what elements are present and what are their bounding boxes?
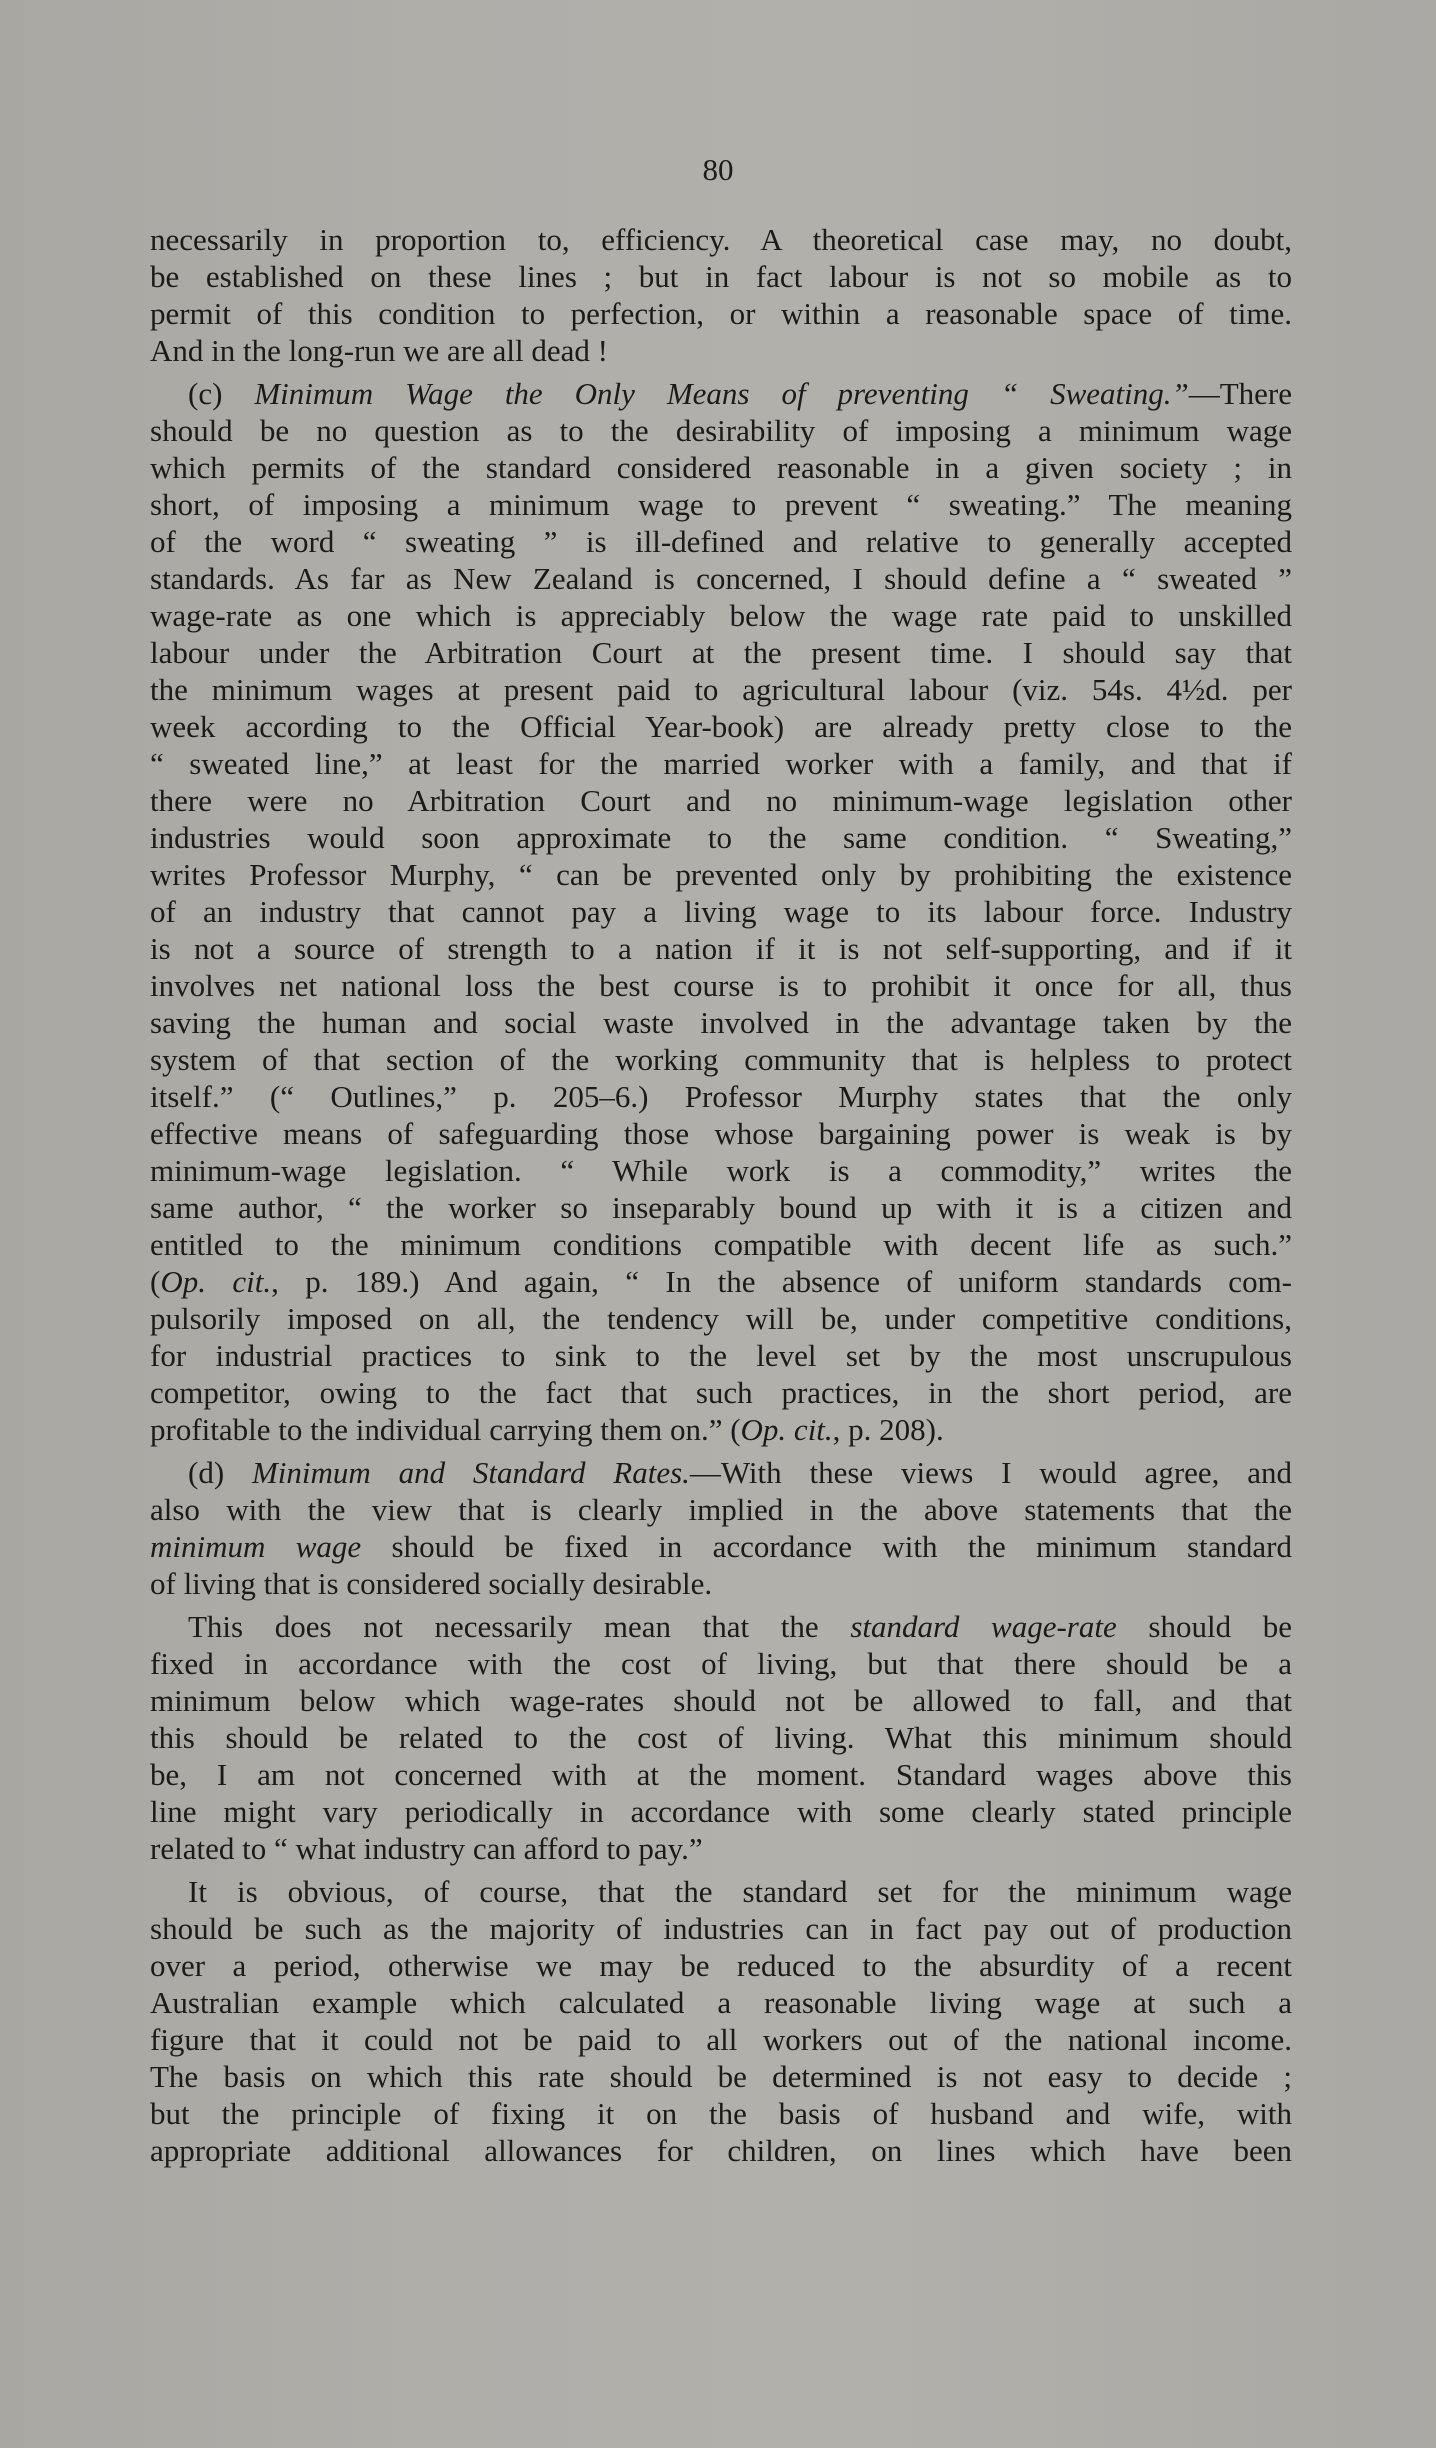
text-line: should be such as the majority of indust… (150, 1911, 1292, 1947)
text-line: line might vary periodically in accordan… (150, 1794, 1292, 1830)
text-line: profitable to the individual carrying th… (150, 1412, 1292, 1448)
text-line: same author, “ the worker so inseparably… (150, 1190, 1292, 1226)
line-prefix: (d) (188, 1455, 252, 1490)
line-text: should be (1117, 1609, 1292, 1644)
text-line: related to “ what industry can afford to… (150, 1831, 1292, 1867)
line-text: necessarily in proportion to, efficiency… (150, 222, 1292, 257)
line-prefix: This does not necessarily mean that the (188, 1609, 850, 1644)
line-text: entitled to the minimum conditions compa… (150, 1227, 1292, 1262)
text-line: “ sweated line,” at least for the marrie… (150, 746, 1292, 782)
text-line: figure that it could not be paid to all … (150, 2022, 1292, 2058)
text-line: industries would soon approximate to the… (150, 820, 1292, 856)
line-text: pulsorily imposed on all, the tendency w… (150, 1301, 1292, 1336)
text-line: the minimum wages at present paid to agr… (150, 672, 1292, 708)
text-line: saving the human and social waste involv… (150, 1005, 1292, 1041)
line-text: effective means of safeguarding those wh… (150, 1116, 1292, 1151)
line-text: line might vary periodically in accordan… (150, 1794, 1292, 1829)
line-text: short, of imposing a minimum wage to pre… (150, 487, 1292, 522)
line-text: —There (1189, 376, 1292, 411)
text-line: entitled to the minimum conditions compa… (150, 1227, 1292, 1263)
text-line: And in the long-run we are all dead ! (150, 333, 1292, 369)
line-text: figure that it could not be paid to all … (150, 2022, 1292, 2057)
line-text: saving the human and social waste involv… (150, 1005, 1292, 1040)
line-text: related to “ what industry can afford to… (150, 1831, 703, 1866)
line-text: involves net national loss the best cour… (150, 968, 1292, 1003)
line-prefix: ( (150, 1264, 160, 1299)
line-text: be established on these lines ; but in f… (150, 259, 1292, 294)
line-text: for industrial practices to sink to the … (150, 1338, 1292, 1373)
line-text: appropriate additional allowances for ch… (150, 2133, 1292, 2168)
text-line: Australian example which calculated a re… (150, 1985, 1292, 2021)
text-line: permit of this condition to perfection, … (150, 296, 1292, 332)
line-text: minimum below which wage-rates should no… (150, 1683, 1292, 1718)
text-line: also with the view that is clearly impli… (150, 1492, 1292, 1528)
line-text: itself.” (“ Outlines,” p. 205–6.) Profes… (150, 1079, 1292, 1114)
text-line: short, of imposing a minimum wage to pre… (150, 487, 1292, 523)
italic-heading: minimum wage (150, 1529, 361, 1564)
italic-heading: Minimum and Standard Rates. (252, 1455, 690, 1490)
text-line: of the word “ sweating ” is ill-defined … (150, 524, 1292, 560)
text-line: should be no question as to the desirabi… (150, 413, 1292, 449)
italic-heading: Minimum Wage the Only Means of preventin… (254, 376, 1188, 411)
line-text: should be fixed in accordance with the m… (361, 1529, 1292, 1564)
line-text: also with the view that is clearly impli… (150, 1492, 1292, 1527)
line-text: should be no question as to the desirabi… (150, 413, 1292, 448)
text-line: system of that section of the working co… (150, 1042, 1292, 1078)
italic-heading: standard wage-rate (850, 1609, 1116, 1644)
line-text: minimum-wage legislation. “ While work i… (150, 1153, 1292, 1188)
text-line: involves net national loss the best cour… (150, 968, 1292, 1004)
line-text: the minimum wages at present paid to agr… (150, 672, 1292, 707)
text-line: necessarily in proportion to, efficiency… (150, 222, 1292, 258)
text-line: fixed in accordance with the cost of liv… (150, 1646, 1292, 1682)
text-line: itself.” (“ Outlines,” p. 205–6.) Profes… (150, 1079, 1292, 1115)
line-text: week according to the Official Year-book… (150, 709, 1292, 744)
text-line: but the principle of fixing it on the ba… (150, 2096, 1292, 2132)
text-line: (c) Minimum Wage the Only Means of preve… (188, 376, 1292, 412)
text-line: competitor, owing to the fact that such … (150, 1375, 1292, 1411)
text-line: This does not necessarily mean that the … (188, 1609, 1292, 1645)
line-text: wage-rate as one which is appreciably be… (150, 598, 1292, 633)
text-line: which permits of the standard considered… (150, 450, 1292, 486)
line-text: be, I am not concerned with at the momen… (150, 1757, 1292, 1792)
line-text: It is obvious, of course, that the stand… (188, 1874, 1292, 1909)
text-line: standards. As far as New Zealand is conc… (150, 561, 1292, 597)
line-text: labour under the Arbitration Court at th… (150, 635, 1292, 670)
line-prefix: (c) (188, 376, 254, 411)
text-line: minimum-wage legislation. “ While work i… (150, 1153, 1292, 1189)
text-line: is not a source of strength to a nation … (150, 931, 1292, 967)
line-text: of an industry that cannot pay a living … (150, 894, 1292, 929)
text-line: pulsorily imposed on all, the tendency w… (150, 1301, 1292, 1337)
text-line: effective means of safeguarding those wh… (150, 1116, 1292, 1152)
line-text: competitor, owing to the fact that such … (150, 1375, 1292, 1410)
line-text: of living that is considered socially de… (150, 1566, 712, 1601)
line-text: of the word “ sweating ” is ill-defined … (150, 524, 1292, 559)
line-text: , p. 208). (833, 1412, 944, 1447)
line-text: same author, “ the worker so inseparably… (150, 1190, 1292, 1225)
line-text: which permits of the standard considered… (150, 450, 1292, 485)
line-text: And in the long-run we are all dead ! (150, 333, 608, 368)
line-text: , p. 189.) And again, “ In the absence o… (271, 1264, 1292, 1299)
line-text: is not a source of strength to a nation … (150, 931, 1292, 966)
text-line: appropriate additional allowances for ch… (150, 2133, 1292, 2169)
text-line: this should be related to the cost of li… (150, 1720, 1292, 1756)
line-text: fixed in accordance with the cost of liv… (150, 1646, 1292, 1681)
text-line: over a period, otherwise we may be reduc… (150, 1948, 1292, 1984)
italic-heading: Op. cit. (741, 1412, 833, 1447)
document-page: 80 necessarily in proportion to, efficie… (0, 0, 1436, 2448)
text-line: be established on these lines ; but in f… (150, 259, 1292, 295)
line-text: “ sweated line,” at least for the marrie… (150, 746, 1292, 781)
line-prefix: profitable to the individual carrying th… (150, 1412, 741, 1447)
text-line: writes Professor Murphy, “ can be preven… (150, 857, 1292, 893)
text-line: be, I am not concerned with at the momen… (150, 1757, 1292, 1793)
line-text: there were no Arbitration Court and no m… (150, 783, 1292, 818)
text-line: of living that is considered socially de… (150, 1566, 1292, 1602)
text-line: week according to the Official Year-book… (150, 709, 1292, 745)
text-line: (d) Minimum and Standard Rates.—With the… (188, 1455, 1292, 1491)
line-text: permit of this condition to perfection, … (150, 296, 1292, 331)
text-line: wage-rate as one which is appreciably be… (150, 598, 1292, 634)
text-line: labour under the Arbitration Court at th… (150, 635, 1292, 671)
text-line: minimum below which wage-rates should no… (150, 1683, 1292, 1719)
line-text: writes Professor Murphy, “ can be preven… (150, 857, 1292, 892)
italic-heading: Op. cit. (160, 1264, 271, 1299)
line-text: standards. As far as New Zealand is conc… (150, 561, 1292, 596)
line-text: The basis on which this rate should be d… (150, 2059, 1292, 2094)
line-text: this should be related to the cost of li… (150, 1720, 1292, 1755)
line-text: but the principle of fixing it on the ba… (150, 2096, 1292, 2131)
line-text: Australian example which calculated a re… (150, 1985, 1292, 2020)
line-text: should be such as the majority of indust… (150, 1911, 1292, 1946)
text-line: there were no Arbitration Court and no m… (150, 783, 1292, 819)
text-line: for industrial practices to sink to the … (150, 1338, 1292, 1374)
text-line: (Op. cit., p. 189.) And again, “ In the … (150, 1264, 1292, 1300)
text-line: The basis on which this rate should be d… (150, 2059, 1292, 2095)
line-text: —With these views I would agree, and (690, 1455, 1292, 1490)
line-text: system of that section of the working co… (150, 1042, 1292, 1077)
line-text: over a period, otherwise we may be reduc… (150, 1948, 1292, 1983)
text-line: It is obvious, of course, that the stand… (188, 1874, 1292, 1910)
text-line: of an industry that cannot pay a living … (150, 894, 1292, 930)
line-text: industries would soon approximate to the… (150, 820, 1292, 855)
text-line: minimum wage should be fixed in accordan… (150, 1529, 1292, 1565)
page-number: 80 (0, 150, 1436, 190)
